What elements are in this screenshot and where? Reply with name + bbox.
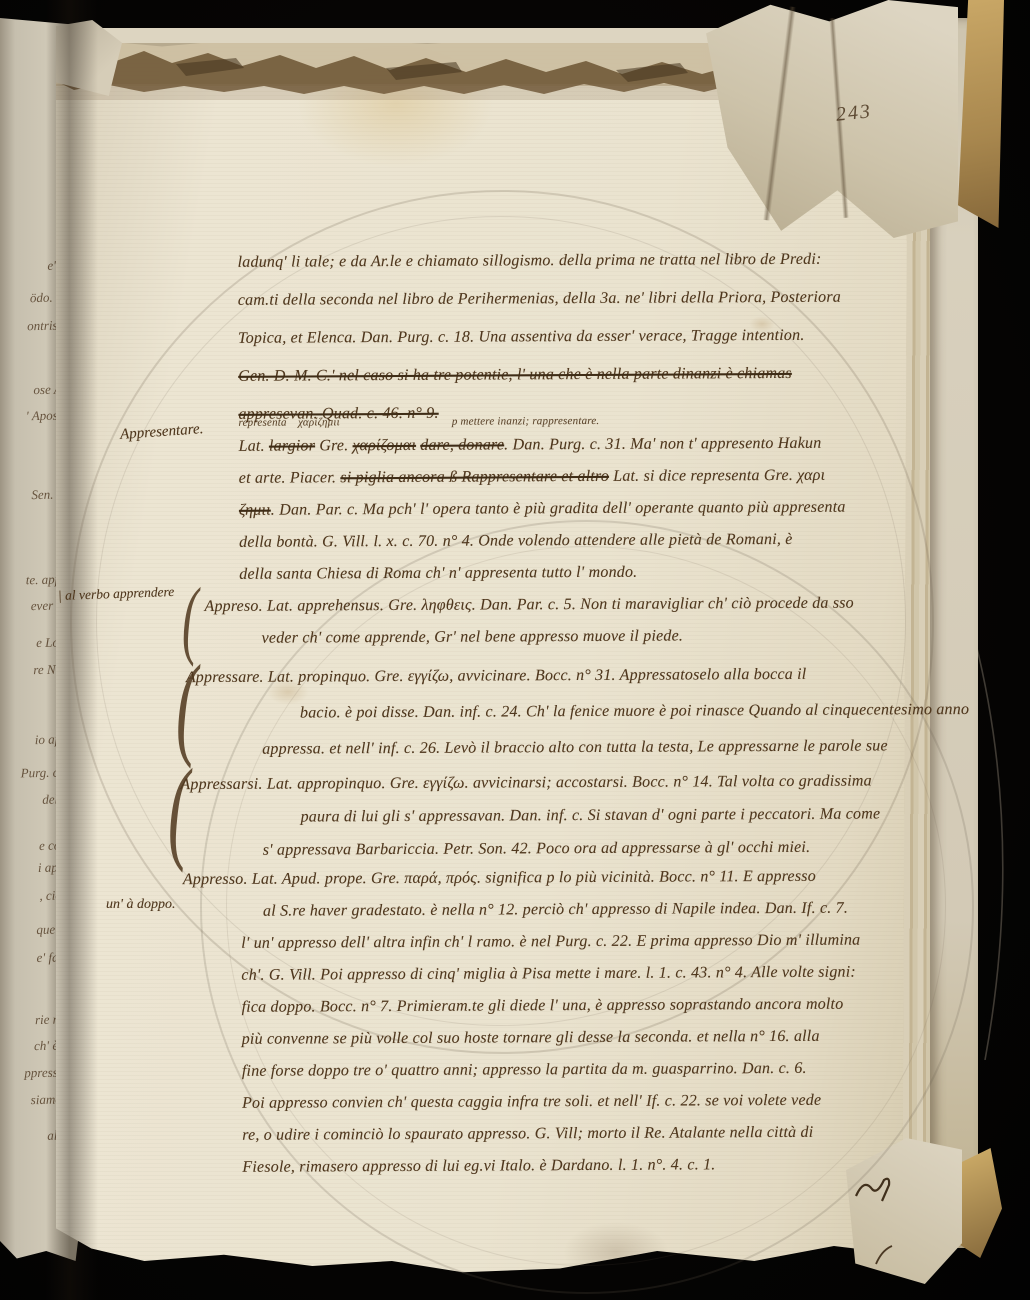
manuscript-line: fine forse doppo tre o' quattro anni; ap… — [242, 1052, 934, 1088]
manuscript-line: paura di lui gli s' appressavan. Dan. in… — [300, 797, 932, 833]
manuscript-line: et arte. Piacer. si piglia ancora ß Rapp… — [239, 459, 931, 495]
manuscript-line: appressa. et nell' inf. c. 26. Levò il b… — [262, 728, 932, 768]
handwritten-text: Appresso. Lat. Apud. prope. Gre. παρά, π… — [183, 868, 816, 888]
handwritten-text: p mettere inanzi; rappresentare. — [452, 415, 600, 428]
handwritten-text: Poi appresso convien ch' questa caggia i… — [242, 1092, 821, 1112]
entry-block-e: Appressarsi. Lat. appropinquo. Gre. εγγί… — [240, 764, 933, 867]
manuscript-line: Appreso. Lat. apprehensus. Gre. ληφθεις.… — [204, 587, 931, 623]
manuscript-line: ladunq' li tale; e da Ar.le e chiamato s… — [238, 240, 930, 282]
ink-mark — [872, 1240, 898, 1270]
handwritten-text: Topica, et Elenca. Dan. Purg. c. 18. Una… — [238, 327, 805, 347]
manuscript-line: della bontà. G. Vill. l. x. c. 70. n° 4.… — [239, 523, 931, 559]
handwritten-text: Appressare. Lat. propinquo. Gre. εγγίζω,… — [186, 666, 807, 686]
handwritten-text: al S.re haver gradestato. è nella n° 12.… — [263, 900, 848, 920]
manuscript-line: re, o udire i cominciò lo spaurato appre… — [242, 1116, 934, 1152]
handwritten-text: cam.ti della seconda nel libro de Perihe… — [238, 289, 841, 309]
struck-text: dare, donare — [420, 436, 504, 453]
handwritten-text: Gre. — [315, 437, 353, 454]
manuscript-line: ζημιι. Dan. Par. c. Ma pch' l' opera tan… — [239, 491, 931, 527]
manuscript-photograph: e' conödo. Cal.ontristareose Adu.' Apost… — [0, 0, 1030, 1300]
manuscript-line: cam.ti della seconda nel libro de Perihe… — [238, 278, 930, 320]
handwritten-text: Appressarsi. Lat. appropinquo. Gre. εγγί… — [180, 773, 872, 794]
manuscript-line: Fiesole, rimasero appresso di lui eg.vi … — [242, 1148, 934, 1184]
handwritten-text: veder ch' come apprende, Gr' nel bene ap… — [262, 627, 684, 646]
entry-block-f: Appresso. Lat. Apud. prope. Gre. παρά, π… — [241, 860, 935, 1184]
manuscript-line: Appresso. Lat. Apud. prope. Gre. παρά, π… — [183, 860, 933, 896]
handwritten-text: ladunq' li tale; e da Ar.le e chiamato s… — [238, 251, 822, 271]
manuscript-line: l' un' appresso dell' altra infin ch' l … — [241, 924, 933, 960]
handwritten-text — [340, 416, 452, 429]
entry-block-a: ladunq' li tale; e da Ar.le e chiamato s… — [238, 240, 931, 434]
handwritten-text: l' un' appresso dell' altra infin ch' l … — [241, 932, 860, 952]
manuscript-line: più convenne se più volle col suo hoste … — [242, 1020, 934, 1056]
handwritten-text: Fiesole, rimasero appresso di lui eg.vi … — [242, 1156, 715, 1175]
manuscript-line: Lat. largior Gre. χαρίζομαι dare, donare… — [239, 427, 931, 463]
handwritten-text: paura di lui gli s' appressavan. Dan. in… — [301, 805, 881, 825]
struck-text: Gen. D. M. C.' nel caso si ha tre potent… — [238, 365, 792, 385]
struck-text: si piglia ancora ß Rappresentare et altr… — [340, 468, 609, 486]
manuscript-line: ch'. G. Vill. Poi appresso di cinq' migl… — [241, 956, 933, 992]
handwritten-text: . Dan. Purg. c. 31. Ma' non t' appresent… — [504, 435, 821, 454]
struck-text: ζημιι — [239, 502, 271, 519]
handwritten-text: representa χαρίζημιι — [238, 416, 339, 429]
entry-block-b: representa χαρίζημιι p mettere inanzi; r… — [238, 411, 931, 591]
manuscript-line: al S.re haver gradestato. è nella n° 12.… — [263, 892, 933, 928]
folio-number: 243 — [835, 100, 873, 127]
handwritten-text: Lat. si dice representa Gre. χαρι — [609, 467, 825, 485]
manuscript-line: Topica, et Elenca. Dan. Purg. c. 18. Una… — [238, 316, 930, 358]
manuscript-line: Poi appresso convien ch' questa caggia i… — [242, 1084, 934, 1120]
handwritten-text: della bontà. G. Vill. l. x. c. 70. n° 4.… — [239, 531, 793, 551]
handwritten-text: et arte. Piacer. — [239, 469, 341, 487]
manuscript-line: bacio. è poi disse. Dan. inf. c. 24. Ch'… — [300, 692, 932, 731]
handwritten-text: re, o udire i cominciò lo spaurato appre… — [242, 1124, 813, 1144]
manuscript-text-column: ladunq' li tale; e da Ar.le e chiamato s… — [238, 240, 935, 1184]
entry-block-d: Appressare. Lat. propinquo. Gre. εγγίζω,… — [240, 656, 933, 768]
struck-text: χαρίζομαι — [353, 437, 417, 454]
manuscript-line: Appressare. Lat. propinquo. Gre. εγγίζω,… — [186, 656, 932, 696]
handwritten-text: Appreso. Lat. apprehensus. Gre. ληφθεις.… — [204, 595, 854, 615]
manuscript-line: veder ch' come apprende, Gr' nel bene ap… — [262, 619, 932, 655]
entry-block-c: Appreso. Lat. apprehensus. Gre. ληφθεις.… — [239, 587, 931, 655]
handwritten-text: appressa. et nell' inf. c. 26. Levò il b… — [262, 737, 888, 757]
ink-flourish — [852, 1166, 898, 1206]
handwritten-text: della santa Chiesa di Roma ch' n' appres… — [239, 564, 637, 583]
manuscript-line: Appressarsi. Lat. appropinquo. Gre. εγγί… — [180, 764, 932, 801]
binding-gutter-shadow — [46, 0, 98, 1300]
handwritten-text: fine forse doppo tre o' quattro anni; ap… — [242, 1060, 807, 1080]
margin-note-doppo: un' à doppo. — [106, 897, 176, 913]
handwritten-text: s' appressava Barbariccia. Petr. Son. 42… — [263, 839, 811, 859]
handwritten-text: . Dan. Par. c. Ma pch' l' opera tanto è … — [271, 499, 846, 519]
handwritten-text: fica doppo. Bocc. n° 7. Primieram.te gli… — [241, 996, 843, 1016]
manuscript-line: fica doppo. Bocc. n° 7. Primieram.te gli… — [241, 988, 933, 1024]
handwritten-text: Lat. — [239, 438, 269, 455]
handwritten-text: bacio. è poi disse. Dan. inf. c. 24. Ch'… — [300, 701, 969, 722]
handwritten-text: ch'. G. Vill. Poi appresso di cinq' migl… — [241, 964, 856, 984]
handwritten-text: più convenne se più volle col suo hoste … — [242, 1028, 820, 1048]
manuscript-line: della santa Chiesa di Roma ch' n' appres… — [239, 555, 931, 591]
struck-text: largior — [269, 437, 315, 454]
manuscript-line: Gen. D. M. C.' nel caso si ha tre potent… — [238, 354, 930, 396]
